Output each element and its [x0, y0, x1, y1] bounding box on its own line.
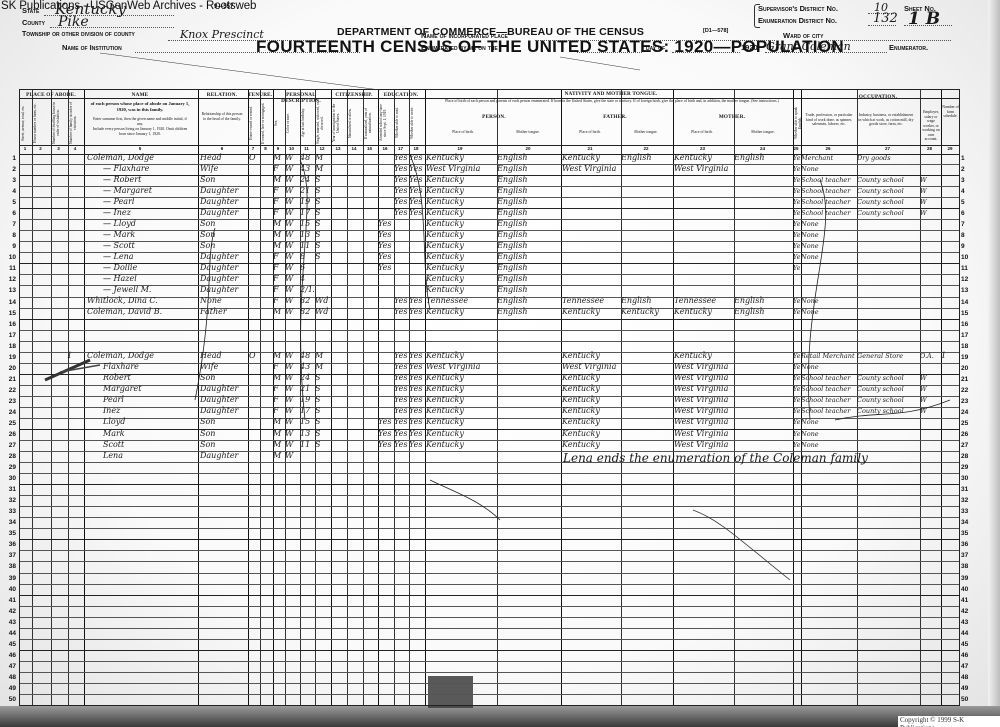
copyright-notice: Copyright © 1999 S-K Publications — [898, 716, 1000, 727]
pen-marks — [0, 0, 1000, 727]
